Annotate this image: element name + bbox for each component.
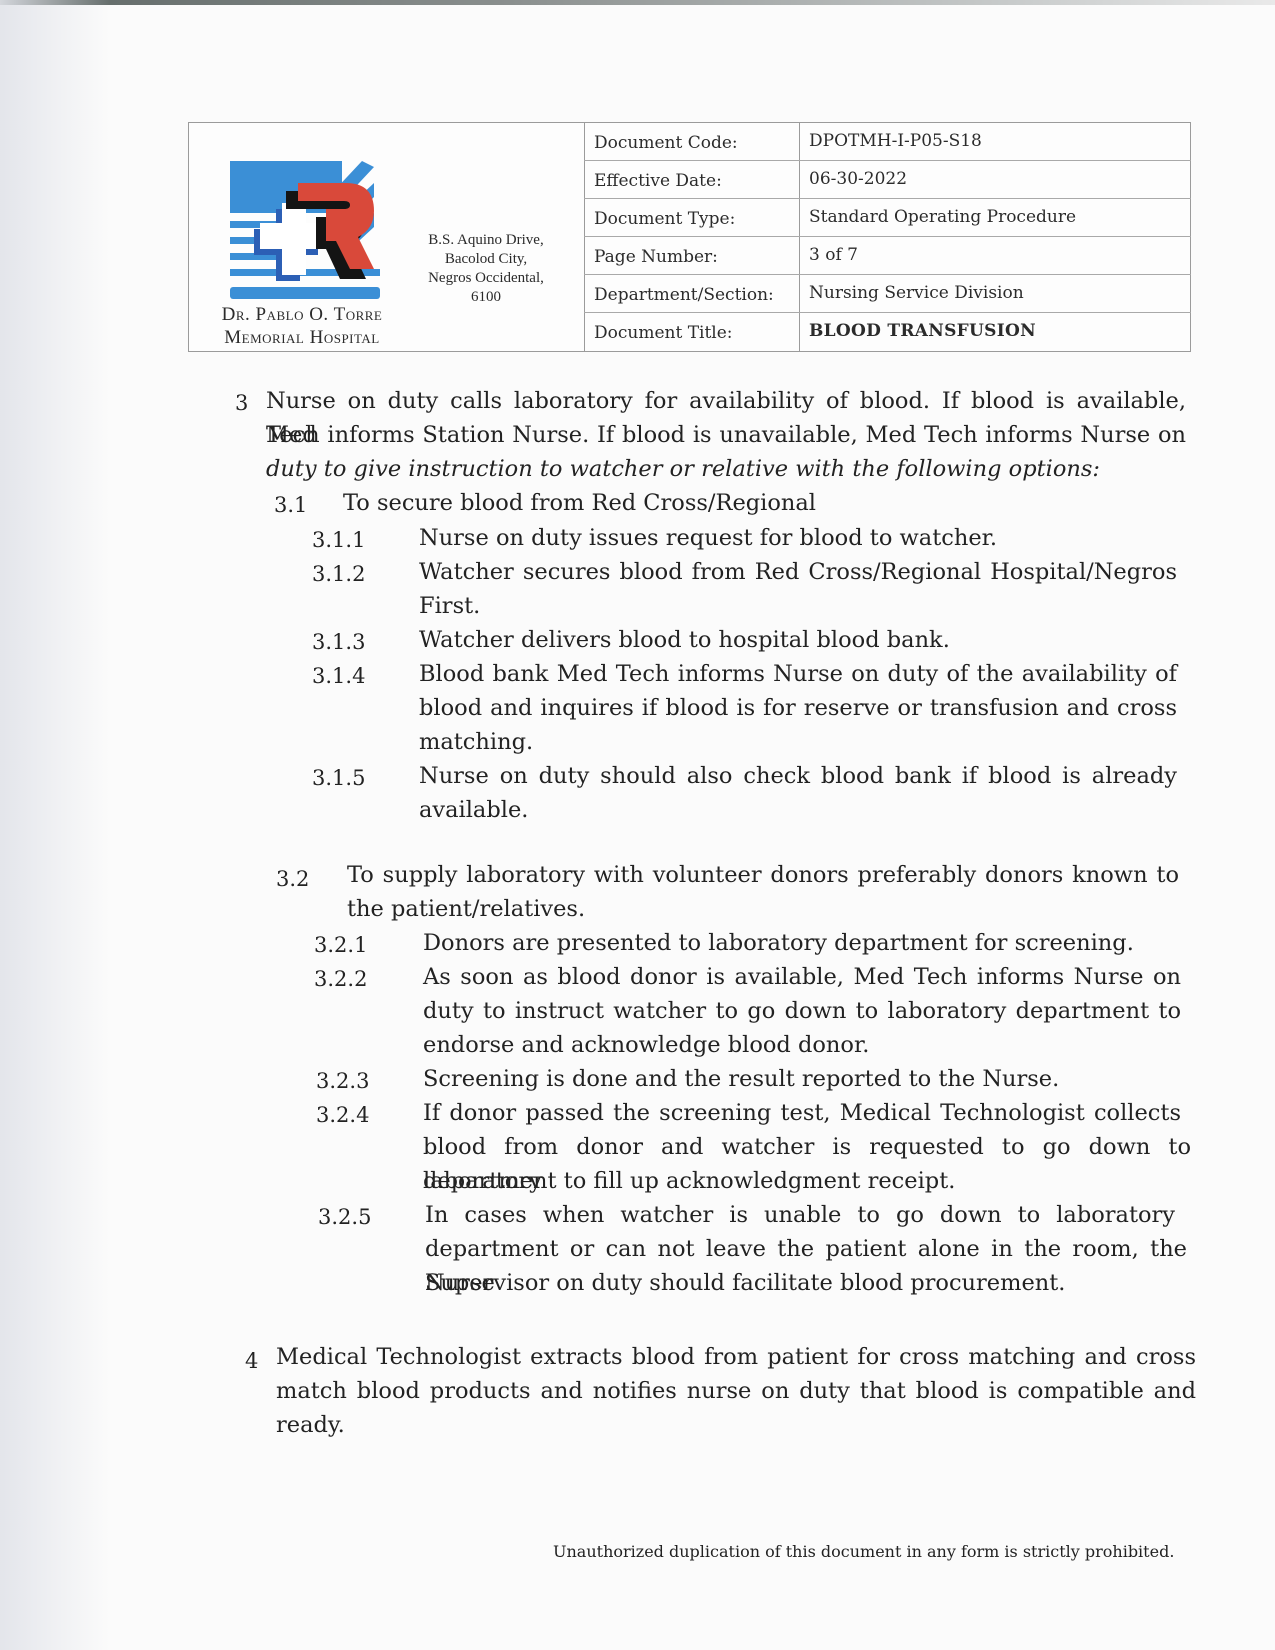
item-number: 3.1.4: [312, 659, 365, 693]
item-number: 3.2.4: [316, 1098, 369, 1132]
document-header-table: Dr. Pablo O. Torre Memorial Hospital B.S…: [188, 122, 1191, 352]
step-text-line: duty to give instruction to watcher or r…: [266, 452, 1100, 486]
meta-label: Document Type:: [584, 199, 800, 236]
step-text-line: ready.: [276, 1408, 345, 1442]
meta-row-document-code: Document Code: DPOTMH-I-P05-S18: [584, 123, 1191, 161]
item-number: 3.1.3: [312, 625, 365, 659]
meta-label: Department/Section:: [584, 275, 800, 312]
step-number: 4: [245, 1344, 258, 1378]
item-text-line: Donors are presented to laboratory depar…: [423, 926, 1134, 960]
scan-shadow-left: [0, 0, 110, 1650]
meta-value: 3 of 7: [809, 237, 1189, 274]
item-text-line: First.: [419, 589, 480, 623]
item-number: 3.2.5: [318, 1200, 371, 1234]
address-line: 6100: [415, 288, 557, 307]
hospital-address: B.S. Aquino Drive, Bacolod City, Negros …: [415, 231, 557, 307]
meta-row-department: Department/Section: Nursing Service Divi…: [584, 275, 1191, 313]
substep-number: 3.2: [276, 862, 309, 896]
meta-row-page-number: Page Number: 3 of 7: [584, 237, 1191, 275]
item-text-line: Nurse on duty should also check blood ba…: [419, 759, 1177, 793]
item-text-line: Supervisor on duty should facilitate blo…: [425, 1266, 1065, 1300]
meta-value: 06-30-2022: [809, 161, 1189, 198]
meta-label: Page Number:: [584, 237, 800, 274]
item-number: 3.1.5: [312, 761, 365, 795]
item-number: 3.1.2: [312, 557, 365, 591]
meta-label: Document Title:: [584, 313, 800, 351]
substep-text-line: the patient/relatives.: [347, 892, 585, 926]
item-text-line: Blood bank Med Tech informs Nurse on dut…: [419, 657, 1177, 691]
meta-label: Effective Date:: [584, 161, 800, 198]
meta-value: BLOOD TRANSFUSION: [809, 313, 1189, 351]
item-number: 3.2.1: [314, 928, 367, 962]
hospital-logo-icon: [222, 153, 382, 303]
item-text-line: Nurse on duty issues request for blood t…: [419, 521, 997, 555]
step-number: 3: [235, 386, 248, 420]
address-line: Negros Occidental,: [415, 269, 557, 288]
meta-row-document-type: Document Type: Standard Operating Proced…: [584, 199, 1191, 237]
address-line: B.S. Aquino Drive,: [415, 231, 557, 250]
substep-text-line: To supply laboratory with volunteer dono…: [347, 858, 1179, 892]
address-line: Bacolod City,: [415, 250, 557, 269]
document-metadata: Document Code: DPOTMH-I-P05-S18 Effectiv…: [584, 123, 1191, 351]
item-text-line: If donor passed the screening test, Medi…: [423, 1096, 1181, 1130]
item-text-line: Watcher delivers blood to hospital blood…: [419, 623, 950, 657]
item-text-line: In cases when watcher is unable to go do…: [425, 1198, 1175, 1232]
substep-text: To secure blood from Red Cross/Regional: [343, 486, 816, 520]
substep-number: 3.1: [274, 488, 307, 522]
item-text-line: available.: [419, 793, 528, 827]
logo-cell: Dr. Pablo O. Torre Memorial Hospital: [189, 123, 415, 351]
step-text-line: match blood products and notifies nurse …: [276, 1374, 1196, 1408]
meta-value: DPOTMH-I-P05-S18: [809, 123, 1189, 160]
meta-row-effective-date: Effective Date: 06-30-2022: [584, 161, 1191, 199]
meta-row-document-title: Document Title: BLOOD TRANSFUSION: [584, 313, 1191, 351]
item-number: 3.2.2: [314, 962, 367, 996]
meta-value: Standard Operating Procedure: [809, 199, 1189, 236]
hospital-name-line2: Memorial Hospital: [189, 326, 415, 350]
step-text-line: Medical Technologist extracts blood from…: [276, 1340, 1196, 1374]
item-text-line: duty to instruct watcher to go down to l…: [423, 994, 1181, 1028]
scan-edge-top: [0, 0, 1275, 5]
footer-notice: Unauthorized duplication of this documen…: [553, 1542, 1174, 1561]
item-text-line: endorse and acknowledge blood donor.: [423, 1028, 869, 1062]
item-text-line: Watcher secures blood from Red Cross/Reg…: [419, 555, 1177, 589]
meta-value: Nursing Service Division: [809, 275, 1189, 312]
item-text-line: As soon as blood donor is available, Med…: [423, 960, 1181, 994]
step-text-line: Tech informs Station Nurse. If blood is …: [266, 418, 1186, 452]
item-text-line: department to fill up acknowledgment rec…: [423, 1164, 955, 1198]
item-text-line: blood and inquires if blood is for reser…: [419, 691, 1177, 725]
item-number: 3.1.1: [312, 523, 365, 557]
meta-label: Document Code:: [584, 123, 800, 160]
item-number: 3.2.3: [316, 1064, 369, 1098]
item-text-line: matching.: [419, 725, 533, 759]
item-text-line: Screening is done and the result reporte…: [423, 1062, 1059, 1096]
hospital-name-line1: Dr. Pablo O. Torre: [189, 303, 415, 327]
